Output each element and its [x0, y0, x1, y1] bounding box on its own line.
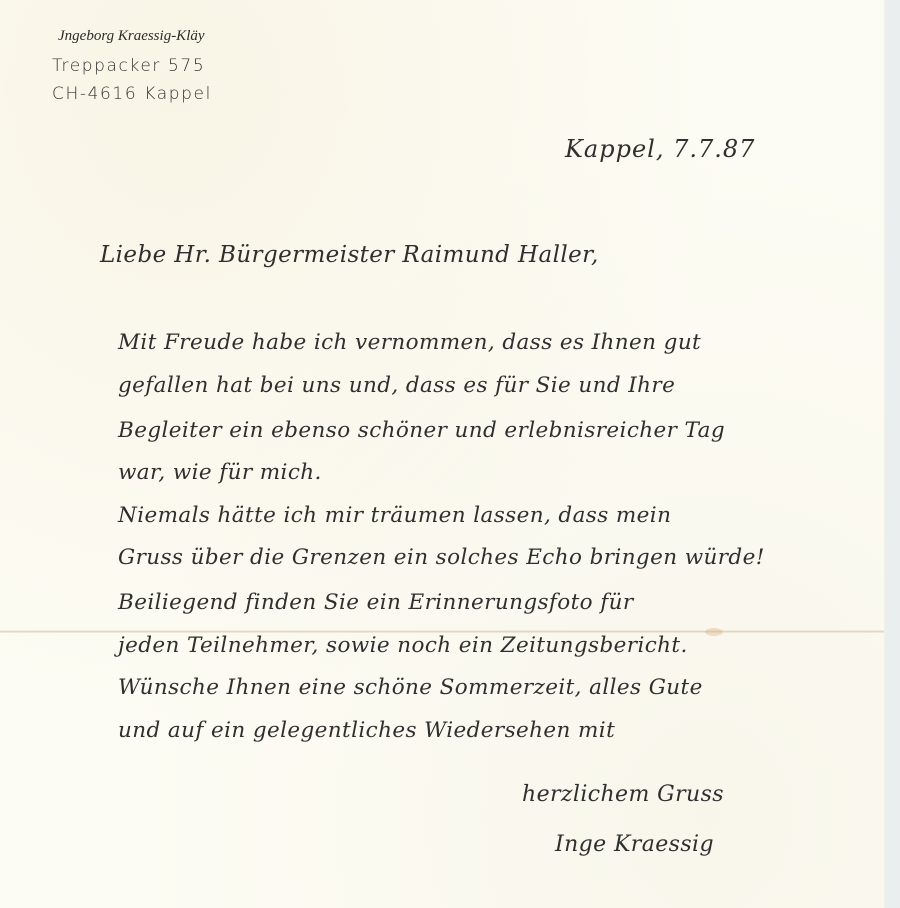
body-line: Niemals hätte ich mir träumen lassen, da…	[118, 503, 671, 528]
letterhead-address-street: Treppacker 575	[52, 56, 205, 76]
body-line: war, wie für mich.	[118, 460, 322, 485]
paper-stain	[705, 628, 723, 636]
letterhead-address-city: CH-4616 Kappel	[52, 84, 212, 104]
paper-fold-line	[0, 630, 884, 633]
letter-paper: Jngeborg Kraessig-Kläy Treppacker 575 CH…	[0, 0, 884, 908]
body-line: und auf ein gelegentliches Wiedersehen m…	[118, 718, 615, 743]
body-line: Begleiter ein ebenso schöner und erlebni…	[118, 418, 725, 443]
salutation: Liebe Hr. Bürgermeister Raimund Haller,	[100, 242, 599, 268]
body-line: Mit Freude habe ich vernommen, dass es I…	[118, 330, 701, 355]
closing: herzlichem Gruss	[522, 782, 724, 807]
body-line: gefallen hat bei uns und, dass es für Si…	[118, 373, 675, 398]
date-line: Kappel, 7.7.87	[565, 135, 755, 163]
body-line: Gruss über die Grenzen ein solches Echo …	[118, 545, 765, 570]
body-line: Wünsche Ihnen eine schöne Sommerzeit, al…	[118, 675, 703, 700]
body-line: jeden Teilnehmer, sowie noch ein Zeitung…	[118, 633, 688, 658]
scan-background-edge	[884, 0, 900, 908]
body-line: Beiliegend finden Sie ein Erinnerungsfot…	[118, 590, 634, 615]
letterhead-printed-name: Jngeborg Kraessig-Kläy	[58, 28, 205, 45]
signature: Inge Kraessig	[555, 832, 714, 857]
